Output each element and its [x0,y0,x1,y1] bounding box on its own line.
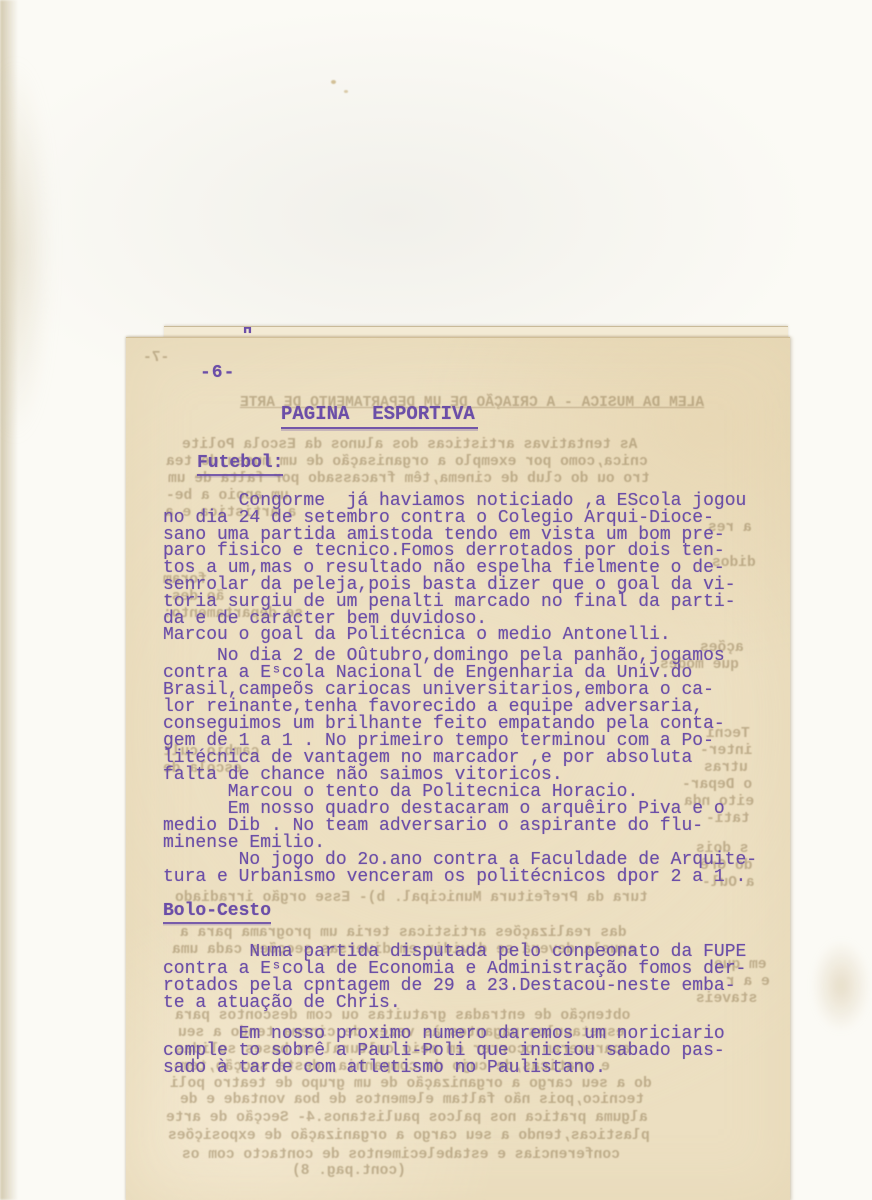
paragraph: Congorme já haviamos noticiado ,a EScola… [163,493,746,644]
page-title: PAGINA ESPORTIVA [281,403,478,429]
paragraph: Em nosso proximo numero daremos um noric… [163,1026,725,1077]
section-heading-futebol: Futebol: [197,453,283,476]
paragraph: No dia 2 de Oûtubro,domingo pela panhão,… [163,648,757,886]
page-number: -6- [200,363,235,383]
text-line: Marcou o goal da Politécnica o medio Ant… [163,627,746,644]
text-line: tura e Urbanismo venceram os politécnico… [163,869,757,886]
section-heading-bolo-cesto: Bolo-Cesto [163,901,271,924]
text-line: sado à tarde com atletismo no Paulistano… [163,1060,725,1077]
typewritten-ink-layer: H -6- PAGINA ESPORTIVA Futebol: Congorme… [0,0,872,1200]
text-line: te a atuação de Chris. [163,995,746,1012]
partial-letter-glyph: H [243,327,258,338]
paragraph: Numa partida disputada pelo conpeonato d… [163,944,746,1012]
scanned-document-page: -7-ALEM DA MUSICA - A CRIAÇÃO DE UM DEPA… [0,0,872,1200]
